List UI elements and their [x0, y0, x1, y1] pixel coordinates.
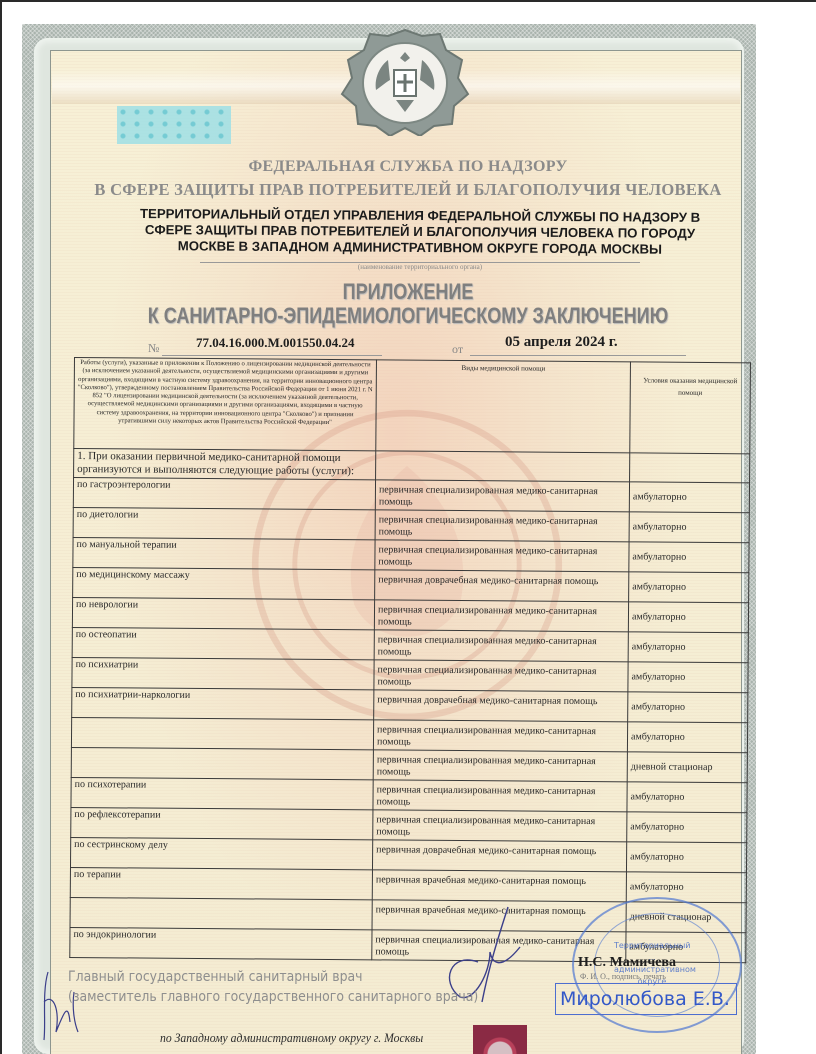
document-date: 05 апреля 2024 г. [505, 334, 618, 351]
screen-top-edge [0, 0, 816, 2]
service-cell [70, 897, 372, 929]
condition-cell: амбулаторно [629, 482, 749, 513]
service-cell: по терапии [70, 867, 372, 899]
service-cell: по гастроэнтерологии [73, 478, 375, 510]
date-underline [470, 355, 686, 356]
fio-caption: Ф. И. О., подпись, печать [580, 972, 666, 981]
name-stamp: Миролюбова Е.В. [555, 983, 737, 1015]
double-headed-eagle-emblem-icon [338, 28, 472, 136]
service-cell: по психиатрии-наркологии [72, 687, 374, 719]
service-cell: по сестринскому делу [70, 837, 372, 869]
service-cell: по медицинскому массажу [73, 567, 375, 599]
kind-cell: первичная врачебная медико-санитарная по… [372, 870, 626, 902]
service-cell: по неврологии [72, 597, 374, 629]
condition-cell: амбулаторно [627, 782, 747, 813]
service-cell: по эндокринологии [70, 927, 372, 959]
condition-cell: амбулаторно [628, 662, 748, 693]
condition-cell: амбулаторно [628, 692, 748, 723]
hologram-sticker-icon [473, 1025, 527, 1054]
number-underline [162, 355, 382, 356]
condition-cell: дневной стационар [627, 752, 747, 783]
table-header-row: Работы (услуги), указанные в приложении … [74, 358, 751, 454]
condition-cell: амбулаторно [628, 602, 748, 633]
document-title-line1: ПРИЛОЖЕНИЕ [73, 279, 742, 305]
kind-cell: первичная специализированная медико-сани… [374, 600, 628, 632]
kind-cell: первичная доврачебная медико-санитарная … [374, 690, 628, 722]
signatory-title: Главный государственный санитарный врач … [68, 967, 478, 1007]
header-kinds: Виды медицинской помощи [376, 360, 631, 453]
service-cell: по психиатрии [72, 657, 374, 689]
header-works: Работы (услуги), указанные в приложении … [74, 358, 377, 451]
condition-cell: амбулаторно [629, 542, 749, 573]
section-title: 1. При оказании первичной медико-санитар… [74, 449, 376, 480]
service-cell: по психотерапии [71, 777, 373, 809]
kind-cell: первичная специализированная медико-сани… [374, 630, 628, 662]
services-table: Работы (услуги), указанные в приложении … [69, 357, 751, 963]
condition-cell: амбулаторно [627, 812, 747, 843]
number-label: № [148, 341, 159, 356]
document-title-line2: К САНИТАРНО-ЭПИДЕМИОЛОГИЧЕСКОМУ ЗАКЛЮЧЕН… [73, 303, 742, 329]
section-empty-condition [630, 453, 750, 483]
section-empty-kind [376, 451, 630, 482]
federal-service-line2: В СФЕРЕ ЗАЩИТЫ ПРАВ ПОТРЕБИТЕЛЕЙ И БЛАГО… [0, 180, 816, 200]
condition-cell: амбулаторно [628, 632, 748, 663]
service-cell: по рефлексотерапии [71, 807, 373, 839]
signatory-title-line2: (заместитель главного государственного с… [68, 987, 478, 1007]
document-number: 77.04.16.000.М.001550.04.24 [196, 335, 355, 351]
kind-cell: первичная специализированная медико-сани… [373, 720, 627, 752]
condition-cell: амбулаторно [627, 722, 747, 753]
condition-cell: амбулаторно [629, 512, 749, 543]
kind-cell: первичная специализированная медико-сани… [375, 540, 629, 572]
service-cell: по диетологии [73, 507, 375, 539]
kind-cell: первичная специализированная медико-сани… [375, 510, 629, 542]
kind-cell: первичная специализированная медико-сани… [375, 480, 629, 512]
kind-cell: первичная специализированная медико-сани… [373, 810, 627, 842]
condition-cell: амбулаторно [629, 572, 749, 603]
kind-cell: первичная доврачебная медико-санитарная … [375, 570, 629, 602]
federal-service-line1: ФЕДЕРАЛЬНАЯ СЛУЖБА ПО НАДЗОРУ [0, 158, 816, 176]
from-label: от [452, 342, 463, 357]
kind-cell: первичная специализированная медико-сани… [374, 660, 628, 692]
service-cell [71, 747, 373, 779]
service-cell [71, 717, 373, 749]
header-conditions: Условия оказания медицинской помощи [630, 362, 751, 454]
kind-cell: первичная доврачебная медико-санитарная … [372, 840, 626, 872]
condition-cell: амбулаторно [626, 842, 746, 873]
signatory-name: Н.С. Мамичева [578, 955, 676, 971]
kind-cell: первичная специализированная медико-сани… [373, 750, 627, 782]
territorial-caption: (наименование территориального органа) [200, 263, 640, 271]
hologram-strip-icon [117, 106, 231, 144]
signatory-title-line1: Главный государственный санитарный врач [68, 967, 478, 987]
district-line: по Западному административному округу г.… [160, 1030, 423, 1046]
service-cell: по мануальной терапии [73, 537, 375, 569]
service-cell: по остеопатии [72, 627, 374, 659]
territorial-body-name: ТЕРРИТОРИАЛЬНЫЙ ОТДЕЛ УПРАВЛЕНИЯ ФЕДЕРАЛ… [120, 206, 720, 258]
kind-cell: первичная специализированная медико-сани… [373, 780, 627, 812]
